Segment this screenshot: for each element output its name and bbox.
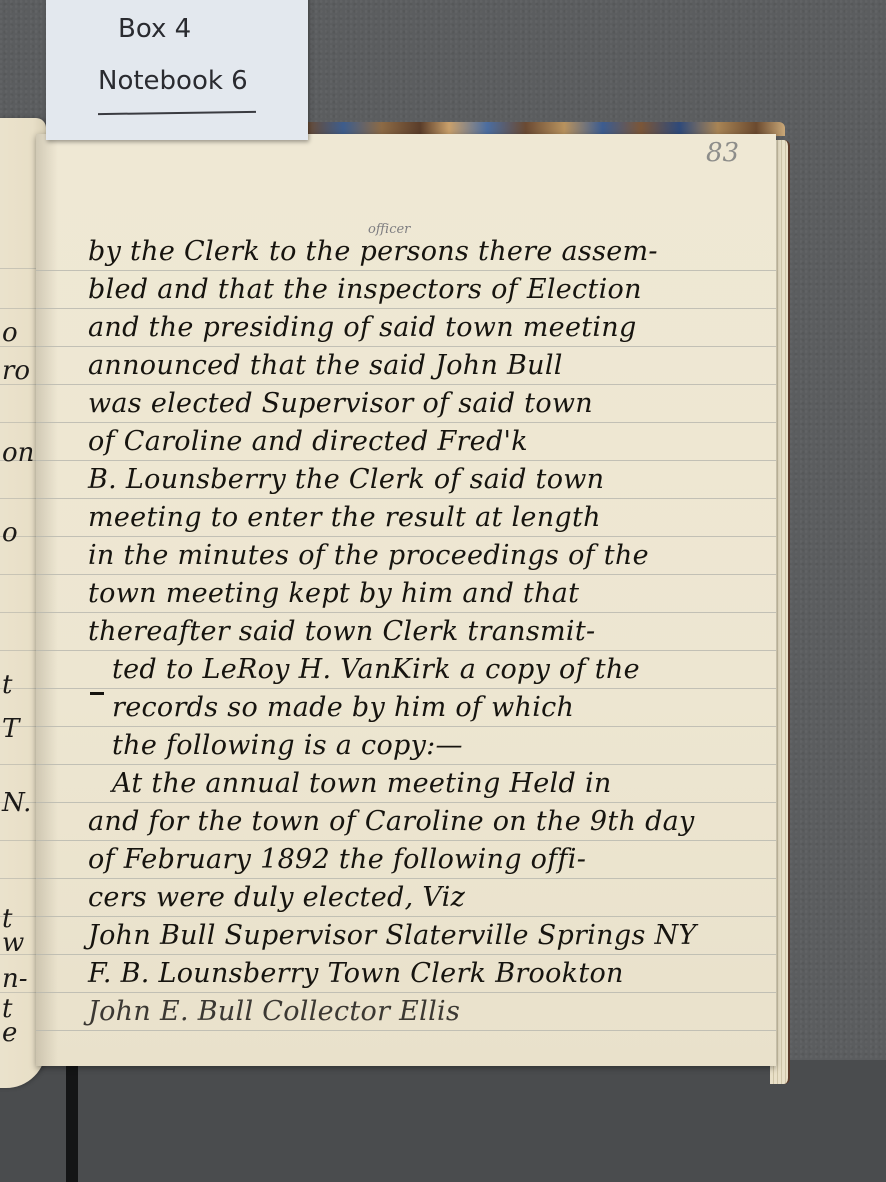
handwritten-line-18: cers were duly elected, Viz (88, 882, 465, 913)
table-surface (0, 1060, 886, 1182)
left-page-fragment: n- (2, 964, 28, 994)
notebook-label: Notebook 6 (98, 66, 248, 96)
rule-line (36, 460, 776, 461)
rule-line (36, 688, 776, 689)
margin-dash (90, 692, 104, 695)
handwritten-line-5: was elected Supervisor of said town (88, 388, 593, 419)
label-underline (98, 111, 256, 115)
left-page-fragment: t (2, 670, 12, 700)
rule-line (36, 574, 776, 575)
handwritten-line-13: records so made by him of which (112, 692, 574, 723)
handwritten-line-15: At the annual town meeting Held in (112, 768, 612, 799)
officer-row-town-clerk: F. B. Lounsberry Town Clerk Brookton (88, 958, 624, 989)
page-number: 83 (706, 138, 739, 168)
left-page-fragment: o (2, 518, 18, 548)
rule-line (36, 954, 776, 955)
handwritten-line-7: B. Lounsberry the Clerk of said town (88, 464, 604, 495)
interlinear-insertion: officer (368, 222, 410, 237)
rule-line (36, 992, 776, 993)
handwritten-line-16: and for the town of Caroline on the 9th … (88, 806, 695, 837)
left-page-fragment: T (2, 714, 19, 744)
handwritten-line-4: announced that the said John Bull (88, 350, 563, 381)
left-page-fragment: w (2, 928, 24, 958)
binding-gap (66, 1062, 78, 1182)
rule-line (36, 878, 776, 879)
rule-line (36, 612, 776, 613)
left-page-fragment: e (2, 1018, 17, 1048)
rule-line (36, 840, 776, 841)
rule-line (36, 650, 776, 651)
archive-label: Box 4 Notebook 6 (46, 0, 308, 140)
rule-line (36, 726, 776, 727)
handwritten-line-14: the following is a copy:— (112, 730, 463, 761)
rule-line (36, 1030, 776, 1031)
left-page-fragment: on (2, 438, 34, 468)
rule-line (36, 308, 776, 309)
handwritten-line-2: bled and that the inspectors of Election (88, 274, 642, 305)
handwritten-line-17: of February 1892 the following offi- (88, 844, 586, 875)
handwritten-line-8: meeting to enter the result at length (88, 502, 601, 533)
handwritten-line-3: and the presiding of said town meeting (88, 312, 637, 343)
left-page-fragment: ro (2, 356, 30, 386)
rule-line (36, 764, 776, 765)
left-page-fragment: o (2, 318, 18, 348)
rule-line (36, 536, 776, 537)
left-page-fragment: N. (2, 788, 31, 818)
handwritten-line-1: by the Clerk to the persons there assem- (88, 236, 658, 267)
gutter-shadow (36, 134, 58, 1066)
box-label: Box 4 (118, 14, 191, 44)
rule-line (36, 916, 776, 917)
handwritten-line-12: ted to LeRoy H. VanKirk a copy of the (112, 654, 640, 685)
rule-line (36, 422, 776, 423)
rule-line (36, 384, 776, 385)
handwritten-line-10: town meeting kept by him and that (88, 578, 579, 609)
rule-line (36, 270, 776, 271)
officer-row-collector: John E. Bull Collector Ellis (88, 996, 460, 1027)
rule-line (36, 802, 776, 803)
handwritten-line-9: in the minutes of the proceedings of the (88, 540, 649, 571)
handwritten-line-11: thereafter said town Clerk transmit- (88, 616, 595, 647)
rule-line (36, 346, 776, 347)
officer-row-supervisor: John Bull Supervisor Slaterville Springs… (88, 920, 697, 951)
handwritten-line-6: of Caroline and directed Fred'k (88, 426, 528, 457)
rule-line (36, 498, 776, 499)
